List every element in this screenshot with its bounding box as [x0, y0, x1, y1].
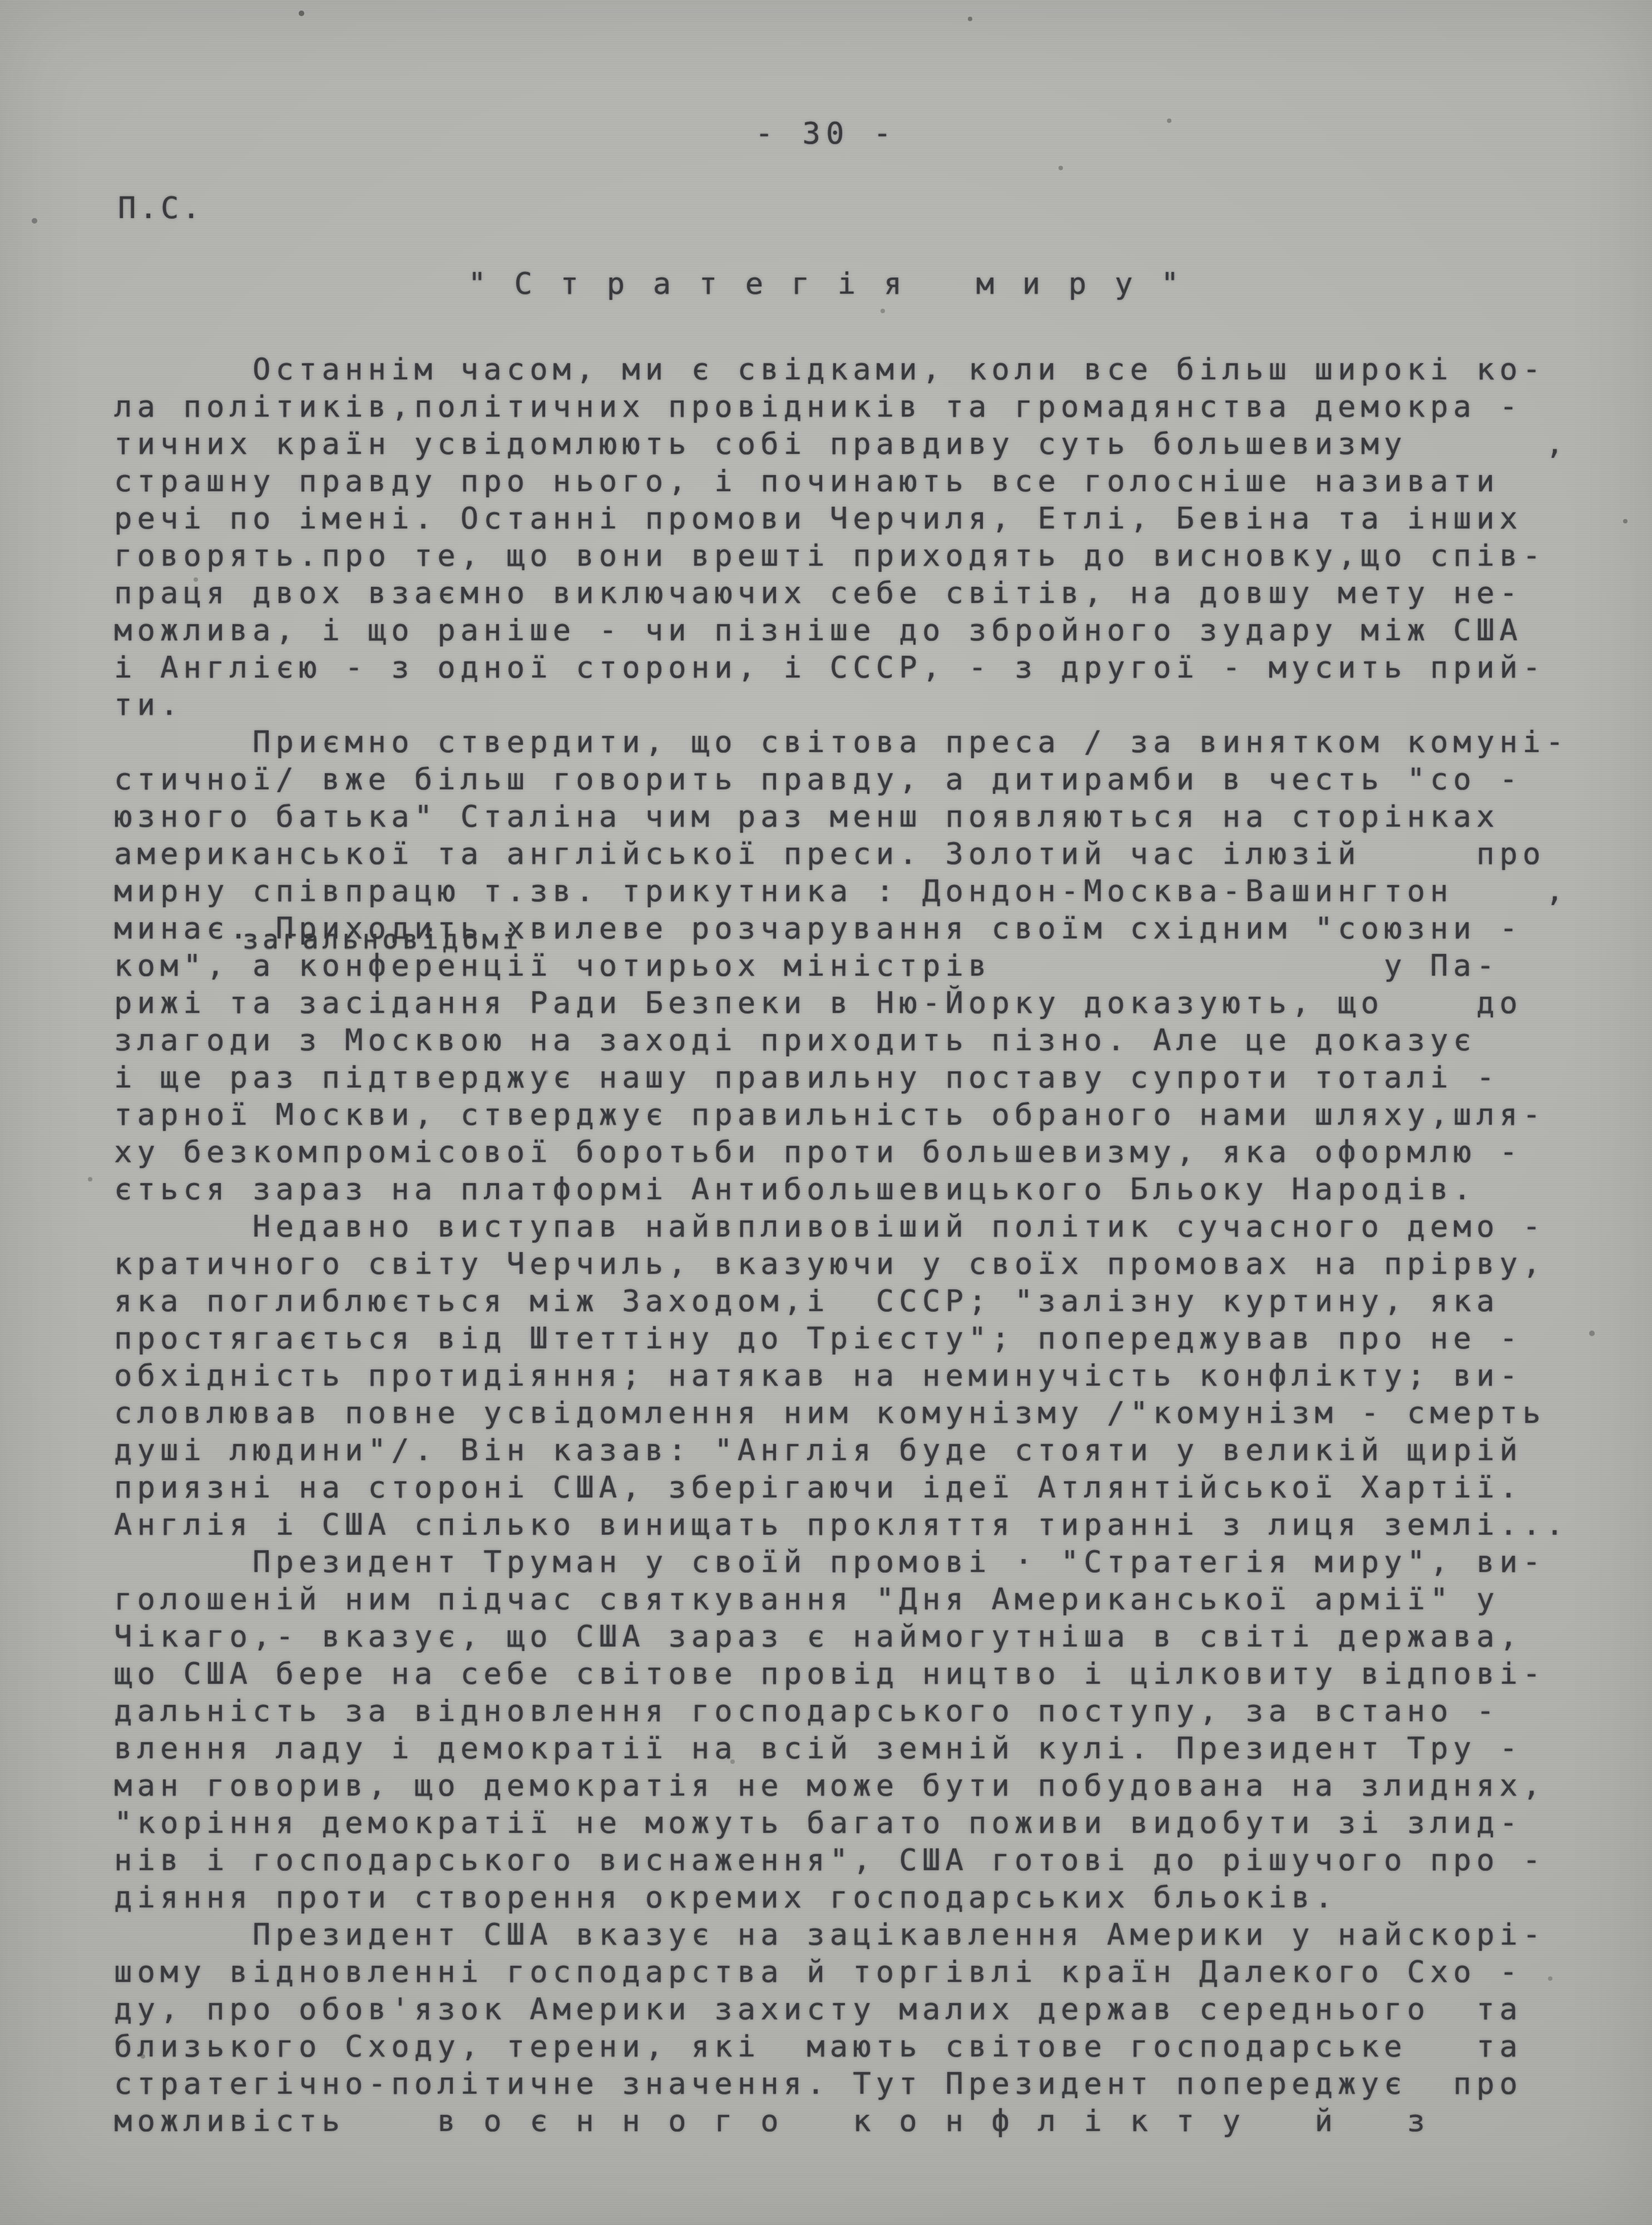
document-body: Останнім часом, ми є свідками, коли все …	[114, 350, 1619, 2139]
paper-specks	[0, 0, 2, 2]
text-line: тарної Москви, стверджує правильність об…	[114, 1096, 1619, 1133]
paragraph: Президент Труман у своїй промові · "Стра…	[114, 1543, 1619, 1916]
text-line: шому відновленні господарства й торгівлі…	[114, 1953, 1619, 1990]
text-line: праця двох взаємно виключаючих себе світ…	[114, 574, 1619, 611]
paragraph: Президент США вказує на зацікавлення Аме…	[114, 1916, 1619, 2139]
text-line: можлива, і що раніше - чи пізніше до збр…	[114, 611, 1619, 649]
text-line: душі людини"/. Він казав: "Англія буде с…	[114, 1431, 1619, 1468]
text-line: Приємно ствердити, що світова преса / за…	[114, 723, 1619, 760]
text-line: що США бере на себе світове провід ництв…	[114, 1655, 1619, 1692]
text-line: Недавно виступав найвпливовіший політик …	[114, 1208, 1619, 1245]
text-line: можливість в о є н н о г о к о н ф л і к…	[114, 2102, 1619, 2139]
paragraph: Недавно виступав найвпливовіший політик …	[114, 1208, 1619, 1543]
paragraph: Приємно ствердити, що світова преса / за…	[114, 723, 1619, 1208]
text-line: говорять.про те, що вони врешті приходят…	[114, 537, 1619, 574]
text-line: речі по імені. Останні промови Черчиля, …	[114, 500, 1619, 537]
paragraph: Останнім часом, ми є свідками, коли все …	[114, 350, 1619, 723]
text-line: влення ладу і демократії на всій земній …	[114, 1729, 1619, 1767]
text-line: простягається від Штеттіну до Трієсту"; …	[114, 1319, 1619, 1357]
text-line: ду, про обов'язок Америки захисту малих …	[114, 1990, 1619, 2028]
text-line: дальність за відновлення господарського …	[114, 1692, 1619, 1729]
text-line: американської та англійської преси. Золо…	[114, 835, 1619, 872]
text-line: кратичного світу Черчиль, вказуючи у сво…	[114, 1245, 1619, 1282]
text-line: злагоди з Москвою на заході приходить пі…	[114, 1021, 1619, 1059]
text-line: ти.	[114, 686, 1619, 723]
text-line: Англія і США спілько винищать прокляття …	[114, 1506, 1619, 1543]
text-line: тичних країн усвідомлюють собі правдиву …	[114, 425, 1619, 462]
author-initials: П.С.	[118, 190, 204, 225]
text-line: обхідність протидіяння; натякав на немин…	[114, 1357, 1619, 1394]
text-line: діяння проти створення окремих господарс…	[114, 1878, 1619, 1916]
text-line: мирну співпрацю т.зв. трикутника : Дондо…	[114, 872, 1619, 909]
text-line: близького Сходу, терени, які мають світо…	[114, 2028, 1619, 2065]
text-line: стичної/ вже більш говорить правду, а ди…	[114, 760, 1619, 798]
text-line: приязні на стороні США, зберігаючи ідеї …	[114, 1468, 1619, 1506]
text-line: страшну правду про нього, і починають вс…	[114, 462, 1619, 500]
text-line: стратегічно-політичне значення. Тут През…	[114, 2065, 1619, 2102]
text-line: ла політиків,політичних провідників та г…	[114, 388, 1619, 425]
text-line: Чікаго,- вказує, що США зараз є наймогут…	[114, 1618, 1619, 1655]
text-line: словлював повне усвідомлення ним комуніз…	[114, 1394, 1619, 1431]
text-line: яка поглиблюється між Заходом,і СССР; "з…	[114, 1282, 1619, 1319]
text-line: "коріння демократії не можуть багато пож…	[114, 1804, 1619, 1841]
page-number: - 30 -	[0, 116, 1652, 151]
text-line: Останнім часом, ми є свідками, коли все …	[114, 350, 1619, 388]
text-line: ман говорив, що демократія не може бути …	[114, 1767, 1619, 1804]
text-line: Президент Труман у своїй промові · "Стра…	[114, 1543, 1619, 1580]
text-line: рижі та засідання Ради Безпеки в Ню-Йорк…	[114, 984, 1619, 1021]
text-line: ху безкомпромісової боротьби проти больш…	[114, 1133, 1619, 1170]
text-line: ється зараз на платформі Антибольшевицьк…	[114, 1170, 1619, 1208]
text-line: і Англією - з одної сторони, і СССР, - з…	[114, 649, 1619, 686]
typed-insertion: загальновідомі	[243, 924, 522, 955]
text-line: Президент США вказує на зацікавлення Аме…	[114, 1916, 1619, 1953]
scanned-document-page: - 30 - П.С. " С т р а т е г і я м и р у …	[0, 0, 1652, 2225]
text-line: нів і господарського виснаження", США го…	[114, 1841, 1619, 1878]
text-line: і ще раз підтверджує нашу правильну пост…	[114, 1059, 1619, 1096]
text-line: юзного батька" Сталіна чим раз менш появ…	[114, 798, 1619, 835]
text-line: голошеній ним підчас святкування "Дня Ам…	[114, 1580, 1619, 1618]
document-title: " С т р а т е г і я м и р у "	[0, 266, 1652, 301]
